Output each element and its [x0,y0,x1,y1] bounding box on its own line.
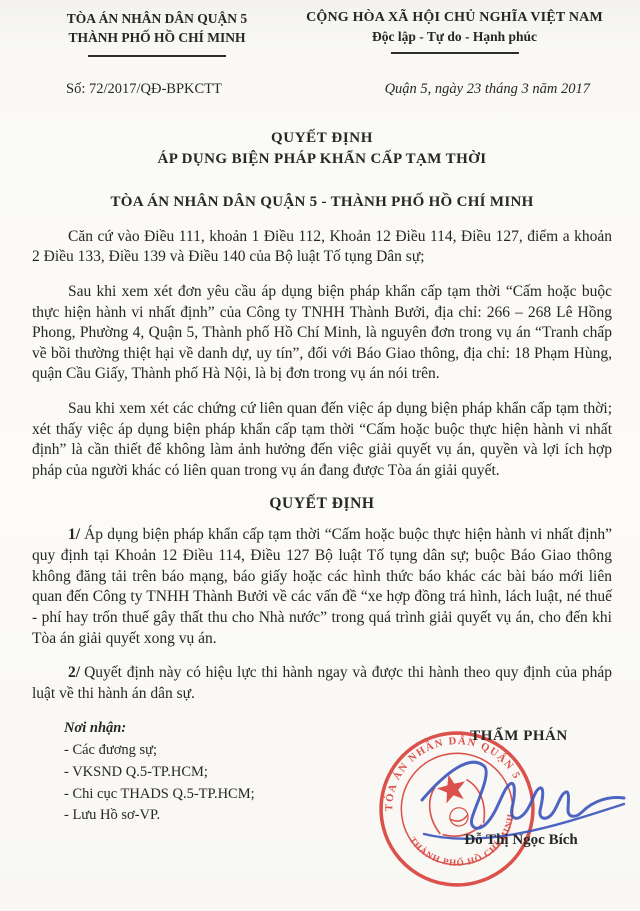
header-divider-right [391,52,519,54]
national-motto: Độc lập - Tự do - Hạnh phúc [297,29,612,45]
decision-item-1-text: Áp dụng biện pháp khẩn cấp tạm thời “Cấm… [32,526,612,646]
title-line2: ÁP DỤNG BIỆN PHÁP KHẨN CẤP TẠM THỜI [32,149,612,170]
document-header: TÒA ÁN NHÂN DÂN QUẬN 5 THÀNH PHỐ HỒ CHÍ … [32,10,612,57]
decision-item-1: 1/Áp dụng biện pháp khẩn cấp tạm thời “C… [32,525,612,649]
document-date: Quận 5, ngày 23 tháng 3 năm 2017 [385,81,590,98]
signature-block: THẨM PHÁN TÒA ÁN NHÂN DÂN QUẬN 5 THÀNH P… [372,728,630,898]
decision-heading: QUYẾT ĐỊNH [32,495,612,513]
body-paragraph-3: Sau khi xem xét các chứng cứ liên quan đ… [32,399,612,481]
signer-name: Đỗ Thị Ngọc Bích [412,832,630,849]
authority-name-line1: TÒA ÁN NHÂN DÂN QUẬN 5 [32,10,282,29]
title-line1: QUYẾT ĐỊNH [32,128,612,149]
title-issuer: TÒA ÁN NHÂN DÂN QUẬN 5 - THÀNH PHỐ HỒ CH… [32,194,612,211]
scanned-court-decision-document: TÒA ÁN NHÂN DÂN QUẬN 5 THÀNH PHỐ HỒ CHÍ … [0,0,640,911]
national-motto-block: CỘNG HÒA XÃ HỘI CHỦ NGHĨA VIỆT NAM Độc l… [297,10,612,54]
body-paragraph-2: Sau khi xem xét đơn yêu cầu áp dụng biện… [32,282,612,385]
header-divider-left [88,55,226,57]
decision-item-2-text: Quyết định này có hiệu lực thi hành ngay… [32,664,612,702]
signer-title: THẨM PHÁN [372,728,630,745]
document-meta-row: Số: 72/2017/QĐ-BPKCTT Quận 5, ngày 23 th… [32,81,612,98]
national-title: CỘNG HÒA XÃ HỘI CHỦ NGHĨA VIỆT NAM [297,10,612,26]
decision-item-2: 2/Quyết định này có hiệu lực thi hành ng… [32,663,612,704]
authority-name-line2: THÀNH PHỐ HỒ CHÍ MINH [32,29,282,48]
decision-item-1-number: 1/ [68,526,80,543]
body-paragraph-1: Căn cứ vào Điều 111, khoản 1 Điều 112, K… [32,227,612,268]
issuing-authority-block: TÒA ÁN NHÂN DÂN QUẬN 5 THÀNH PHỐ HỒ CHÍ … [32,10,282,57]
document-number: Số: 72/2017/QĐ-BPKCTT [66,81,222,98]
decision-item-2-number: 2/ [68,664,80,681]
document-body: Căn cứ vào Điều 111, khoản 1 Điều 112, K… [32,227,612,705]
document-title: QUYẾT ĐỊNH ÁP DỤNG BIỆN PHÁP KHẨN CẤP TẠ… [32,128,612,170]
